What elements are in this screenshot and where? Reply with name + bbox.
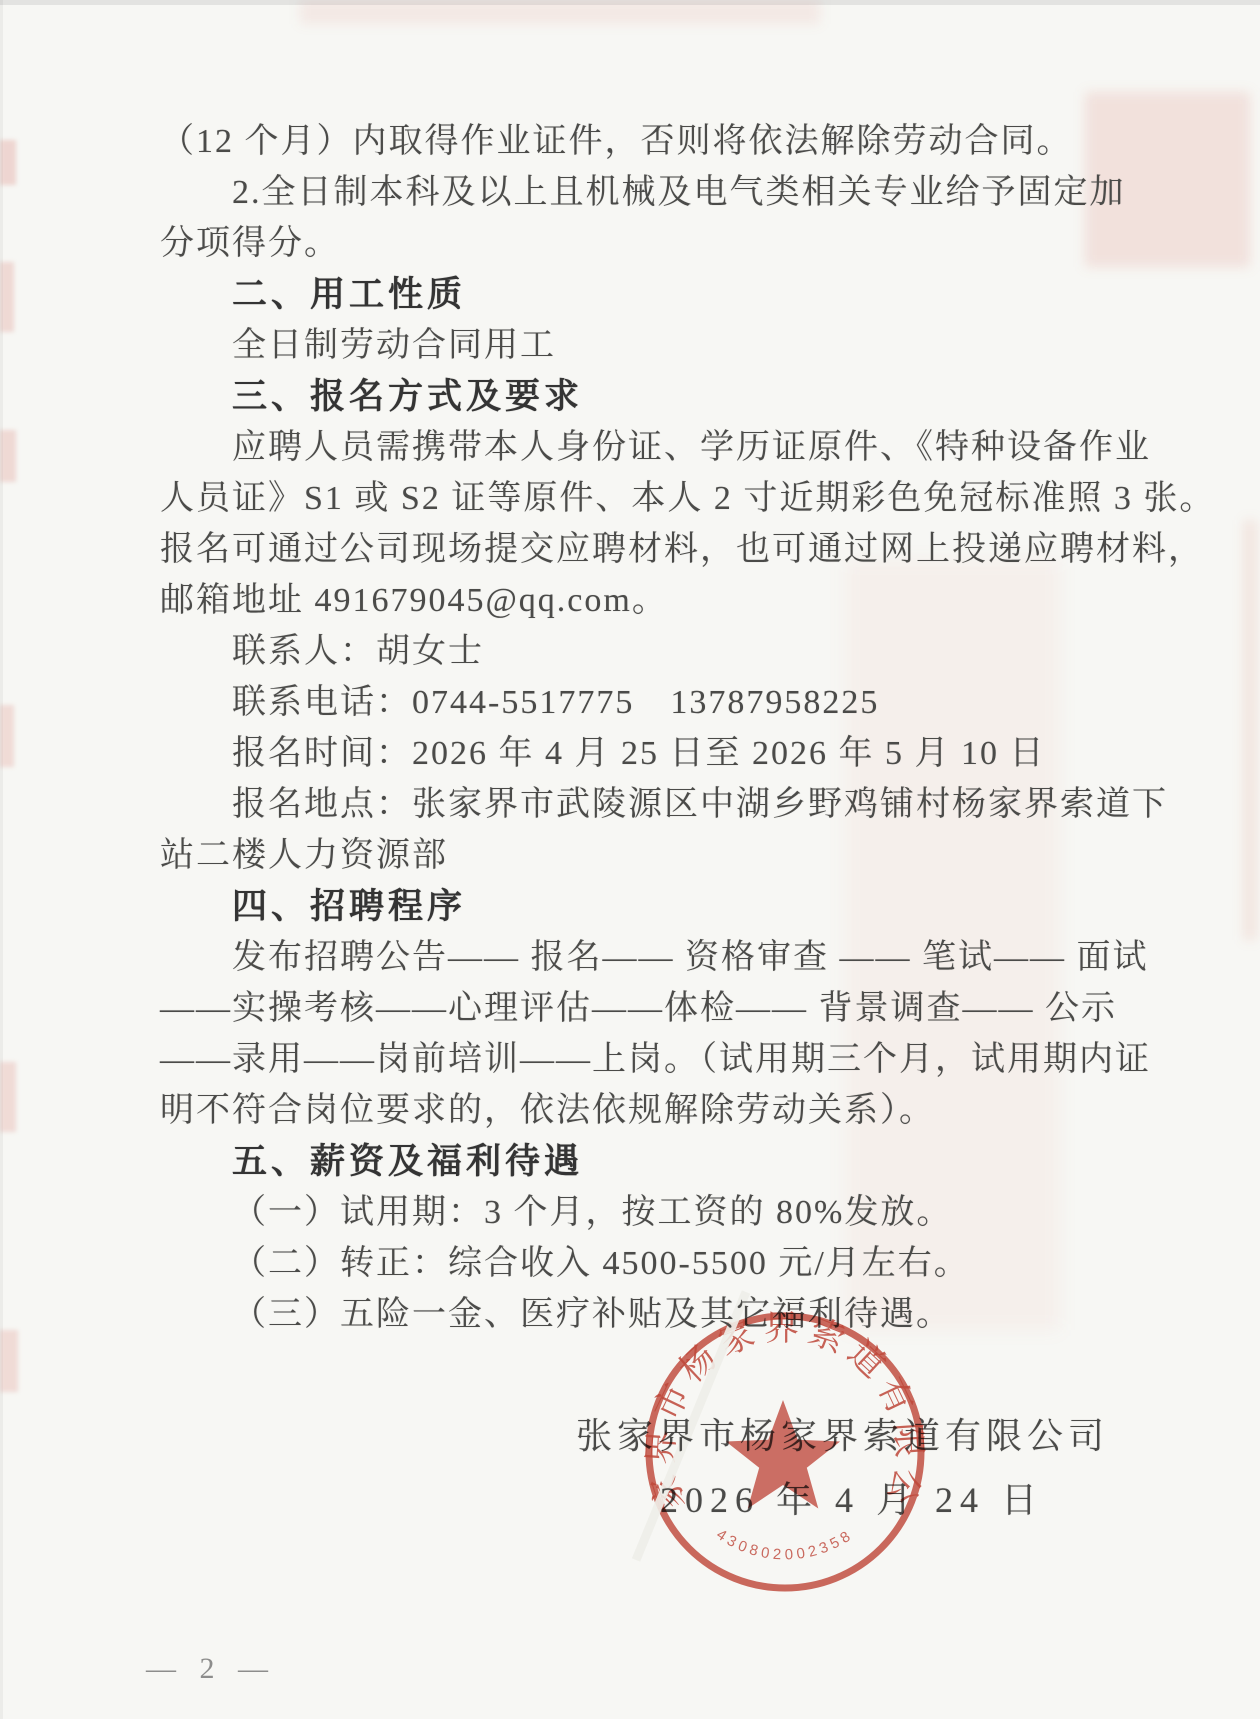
document-line: 站二楼人力资源部 [160,830,1110,881]
seal-code: 430802002358 [713,1526,856,1564]
document-line: 发布招聘公告—— 报名—— 资格审查 —— 笔试—— 面试 [160,932,1110,983]
document-line: 邮箱地址 491679045@qq.com。 [160,575,1110,626]
document-line: 报名地点：张家界市武陵源区中湖乡野鸡铺村杨家界索道下 [160,779,1110,830]
document-line: ——录用——岗前培训——上岗。（试用期三个月，试用期内证 [160,1034,1110,1085]
official-seal: 张家界市杨家界索道有限公司 430802002358 [620,1290,952,1622]
svg-text:430802002358: 430802002358 [713,1526,856,1564]
page-number: — 2 — [146,1652,276,1686]
scanned-document-page: （12 个月）内取得作业证件，否则将依法解除劳动合同。 2.全日制本科及以上且机… [0,0,1260,1719]
scan-edge [0,0,3,1719]
document-line: 人员证》S1 或 S2 证等原件、本人 2 寸近期彩色免冠标准照 3 张。 [160,473,1110,524]
document-body: （12 个月）内取得作业证件，否则将依法解除劳动合同。 2.全日制本科及以上且机… [160,116,1110,1340]
section-heading: 五、薪资及福利待遇 [160,1136,1110,1187]
document-line: 分项得分。 [160,218,1110,269]
star-icon [726,1400,840,1509]
section-heading: 三、报名方式及要求 [160,371,1110,422]
document-line: 明不符合岗位要求的，依法依规解除劳动关系）。 [160,1085,1110,1136]
document-line: 联系电话：0744-5517775 13787958225 [160,677,1110,728]
scan-edge [0,0,1260,5]
section-heading: 四、招聘程序 [160,881,1110,932]
document-line: 报名时间：2026 年 4 月 25 日至 2026 年 5 月 10 日 [160,728,1110,779]
document-line: （12 个月）内取得作业证件，否则将依法解除劳动合同。 [160,116,1110,167]
document-line: 全日制劳动合同用工 [160,320,1110,371]
document-line: （二）转正：综合收入 4500-5500 元/月左右。 [160,1238,1110,1289]
section-heading: 二、用工性质 [160,269,1110,320]
document-line: 应聘人员需携带本人身份证、学历证原件、《特种设备作业 [160,422,1110,473]
document-line: 联系人：胡女士 [160,626,1110,677]
document-line: 2.全日制本科及以上且机械及电气类相关专业给予固定加 [160,167,1110,218]
bleed-artifact [1244,520,1256,940]
document-line: 报名可通过公司现场提交应聘材料，也可通过网上投递应聘材料， [160,524,1110,575]
document-line: ——实操考核——心理评估——体检—— 背景调查—— 公示 [160,983,1110,1034]
document-line: （一）试用期：3 个月，按工资的 80%发放。 [160,1187,1110,1238]
